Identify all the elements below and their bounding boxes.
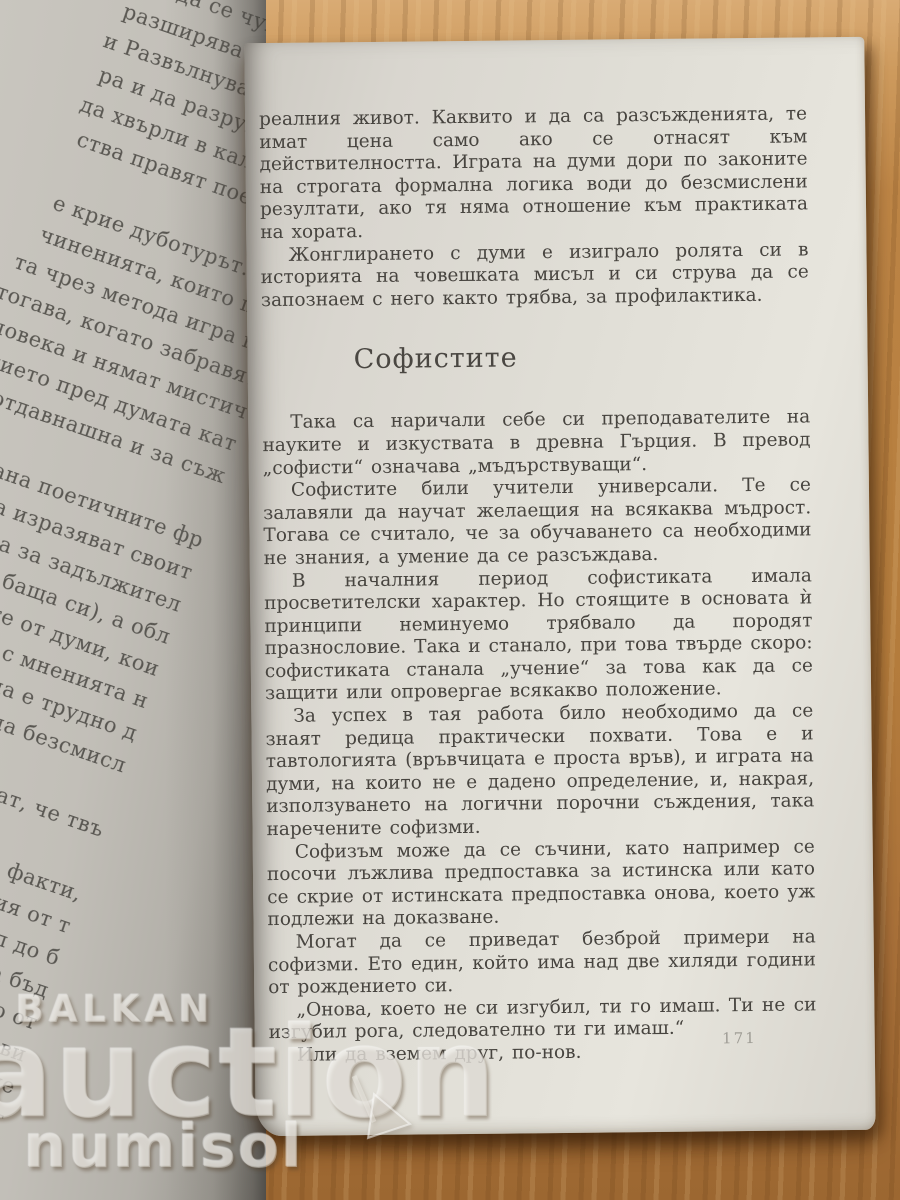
left-page-text: тейскака трябва давързана у човека сани.…	[0, 0, 266, 1136]
body-paragraph: За успех в тая работа било необходимо да…	[265, 700, 814, 841]
right-page-text: реалния живот. Каквито и да са разсъжден…	[259, 103, 817, 1096]
body-paragraph: Могат да се приведат безброй примери на …	[268, 926, 817, 1000]
body-paragraph: В началния период софистиката имала прос…	[264, 565, 813, 706]
body-paragraph: Софистите били учители универсали. Те се…	[263, 474, 812, 570]
body-paragraph: Жонглирането с думи е изиграло ролята си…	[260, 239, 809, 313]
right-book-page: реалния живот. Каквито и да са разсъжден…	[244, 37, 875, 1136]
paragraphs-after-heading: Така са наричали себе си преподавателите…	[262, 407, 817, 1068]
body-paragraph: Така са наричали себе си преподавателите…	[262, 407, 811, 481]
chapter-heading: Софистите	[353, 341, 809, 376]
left-book-page: тейскака трябва давързана у човека сани.…	[0, 0, 266, 1200]
body-paragraph: реалния живот. Каквито и да са разсъжден…	[259, 103, 808, 244]
page-number: 171	[722, 1029, 757, 1047]
paragraphs-before-heading: реалния живот. Каквито и да са разсъжден…	[259, 103, 809, 312]
body-paragraph: Софизъм може да се съчини, като например…	[267, 836, 816, 932]
